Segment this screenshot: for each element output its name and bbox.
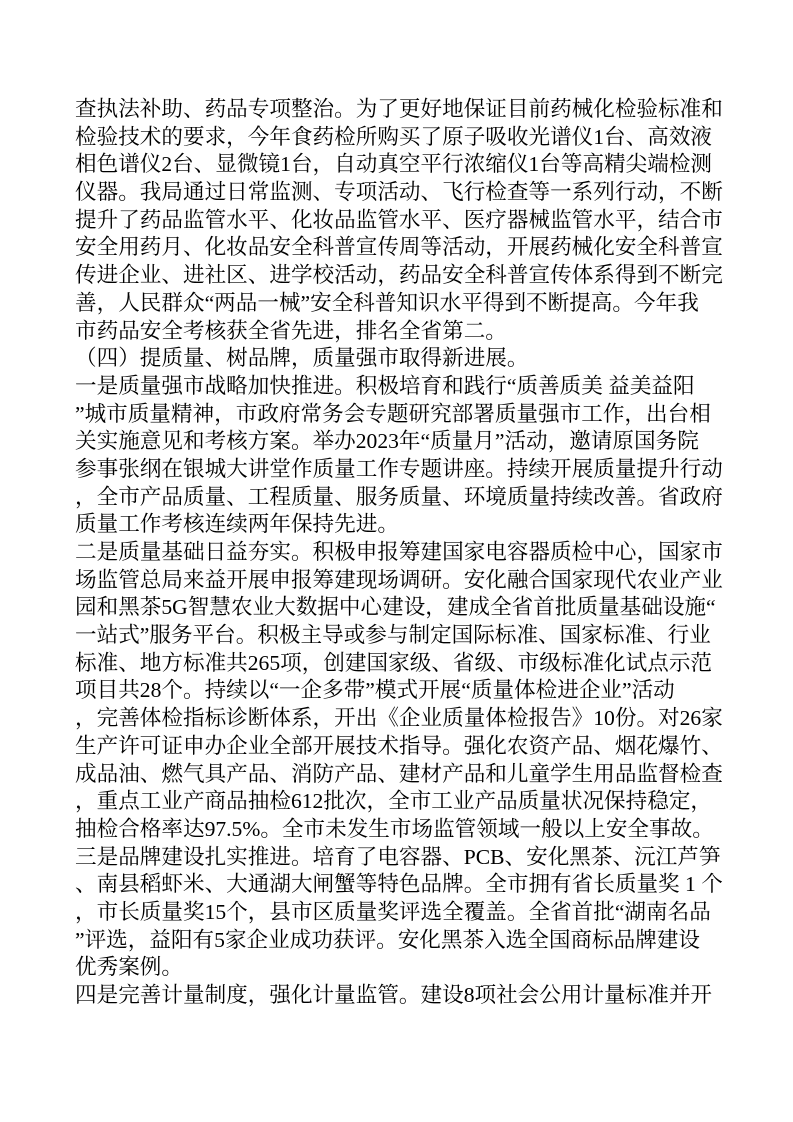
- text-line: 二是质量基础日益夯实。积极申报筹建国家电容器质检中心，国家市: [75, 539, 735, 567]
- text-line: ，完善体检指标诊断体系，开出《企业质量体检报告》10份。对26家: [75, 705, 735, 733]
- text-line: 四是完善计量制度，强化计量监管。建设8项社会公用计量标准并开: [75, 982, 735, 1010]
- text-line: 标准、地方标准共265项，创建国家级、省级、市级标准化试点示范: [75, 650, 735, 678]
- text-line: ，重点工业产商品抽检612批次，全市工业产品质量状况保持稳定，: [75, 788, 735, 816]
- text-line: 场监管总局来益开展申报筹建现场调研。安化融合国家现代农业产业: [75, 567, 735, 595]
- text-line: 成品油、燃气具产品、消防产品、建材产品和儿童学生用品监督检查: [75, 761, 735, 789]
- text-line: 仪器。我局通过日常监测、专项活动、飞行检查等一系列行动，不断: [75, 179, 735, 207]
- text-line: 优秀案例。: [75, 954, 735, 982]
- text-line: 善，人民群众“两品一械”安全科普知识水平得到不断提高。今年我: [75, 290, 735, 318]
- text-line: ，市长质量奖15个，县市区质量奖评选全覆盖。全省首批“湖南名品: [75, 899, 735, 927]
- text-line: 项目共28个。持续以“一企多带”模式开展“质量体检进企业”活动: [75, 677, 735, 705]
- text-line: 相色谱仪2台、显微镜1台，自动真空平行浓缩仪1台等高精尖端检测: [75, 151, 735, 179]
- text-line: ，全市产品质量、工程质量、服务质量、环境质量持续改善。省政府: [75, 484, 735, 512]
- text-line: 、南县稻虾米、大通湖大闸蟹等特色品牌。全市拥有省长质量奖 1 个: [75, 871, 735, 899]
- text-line: 安全用药月、化妆品安全科普宣传周等活动，开展药械化安全科普宣: [75, 234, 735, 262]
- text-line: 检验技术的要求，今年食药检所购买了原子吸收光谱仪1台、高效液: [75, 124, 735, 152]
- document-text: 查执法补助、药品专项整治。为了更好地保证目前药械化检验标准和 检验技术的要求，今…: [75, 96, 735, 1010]
- text-line: 园和黑茶5G智慧农业大数据中心建设，建成全省首批质量基础设施“: [75, 594, 735, 622]
- text-line: 提升了药品监管水平、化妆品监管水平、医疗器械监管水平，结合市: [75, 207, 735, 235]
- text-line: （四）提质量、树品牌，质量强市取得新进展。: [75, 345, 735, 373]
- text-line: 一站式”服务平台。积极主导或参与制定国际标准、国家标准、行业: [75, 622, 735, 650]
- text-line: ”评选，益阳有5家企业成功获评。安化黑茶入选全国商标品牌建设: [75, 927, 735, 955]
- text-line: 质量工作考核连续两年保持先进。: [75, 511, 735, 539]
- text-line: 市药品安全考核获全省先进，排名全省第二。: [75, 318, 735, 346]
- text-line: 三是品牌建设扎实推进。培育了电容器、PCB、安化黑茶、沅江芦笋: [75, 844, 735, 872]
- text-line: 抽检合格率达97.5%。全市未发生市场监管领域一般以上安全事故。: [75, 816, 735, 844]
- text-line: ”城市质量精神，市政府常务会专题研究部署质量强市工作，出台相: [75, 401, 735, 429]
- text-line: 参事张纲在银城大讲堂作质量工作专题讲座。持续开展质量提升行动: [75, 456, 735, 484]
- text-line: 一是质量强市战略加快推进。积极培育和践行“质善质美 益美益阳: [75, 373, 735, 401]
- text-line: 关实施意见和考核方案。举办2023年“质量月”活动，邀请原国务院: [75, 428, 735, 456]
- text-line: 查执法补助、药品专项整治。为了更好地保证目前药械化检验标准和: [75, 96, 735, 124]
- text-line: 传进企业、进社区、进学校活动，药品安全科普宣传体系得到不断完: [75, 262, 735, 290]
- document-page: 查执法补助、药品专项整治。为了更好地保证目前药械化检验标准和 检验技术的要求，今…: [0, 0, 793, 1122]
- text-line: 生产许可证申办企业全部开展技术指导。强化农资产品、烟花爆竹、: [75, 733, 735, 761]
